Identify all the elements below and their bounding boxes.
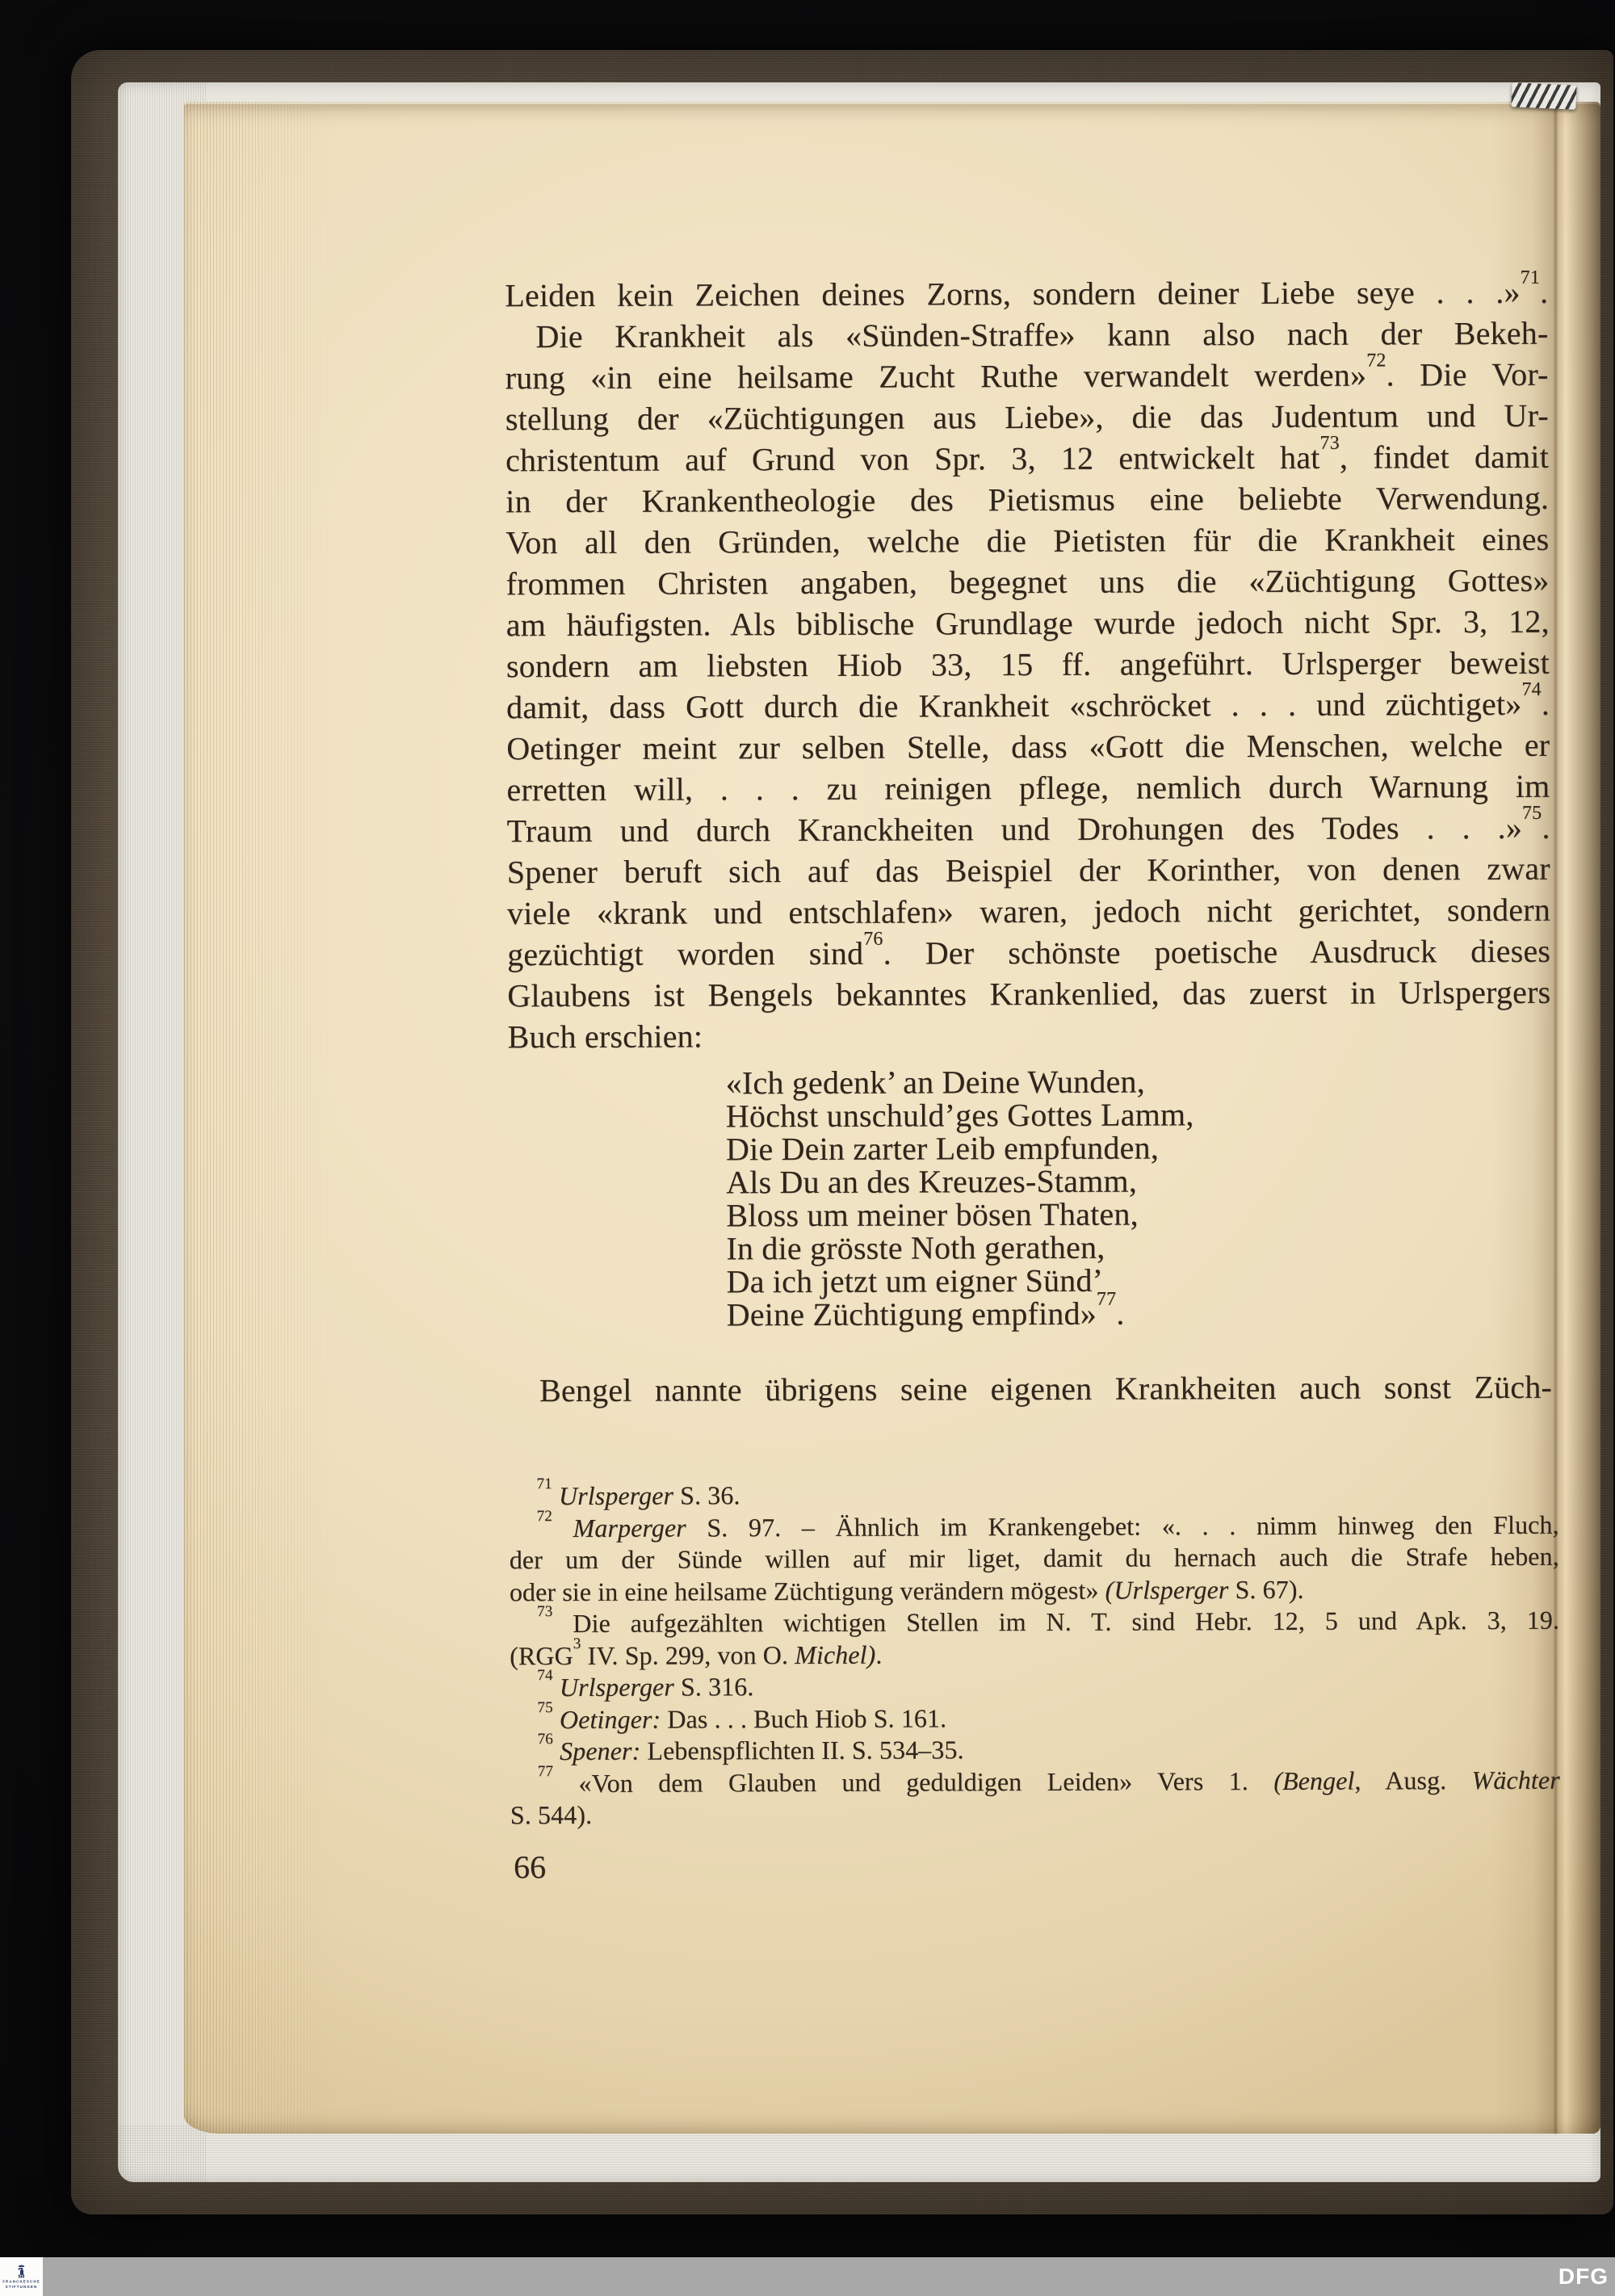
body-text-line: gezüchtigt worden sind76. Der schönste p… [507,930,1550,976]
poem-line: Die Dein zarter Leib empfunden, [726,1131,1194,1165]
body-text-line: frommen Christen angaben, begegnet uns d… [505,560,1549,605]
poem-line: Bloss um meiner bösen Thaten, [726,1197,1194,1232]
body-text-line: rung «in eine heilsame Zucht Ruthe verwa… [505,354,1549,399]
footnote-line: 73 Die aufgezählten wichtigen Stellen im… [510,1605,1559,1640]
footnote-line: (RGG3 IV. Sp. 299, von O. Michel). [510,1636,1559,1672]
footnotes: 71 Urlsperger S. 36.72 Marperger S. 97. … [509,1477,1560,1832]
body-text-line: Die Krankheit als «Sünden-Straffe» kann … [505,313,1548,358]
franckesche-stiftungen-logo-text-1: FRANCKESCHE [2,2280,40,2284]
body-text-continued: Bengel nannte übrigens seine eigenen Kra… [509,1366,1552,1412]
poem: «Ich gedenk’ an Deine Wunden,Höchst unsc… [726,1064,1195,1331]
footnote-line: 75 Oetinger: Das . . . Buch Hiob S. 161. [510,1700,1559,1736]
poem-line: In die grösste Noth gerathen, [726,1230,1194,1265]
body-text-line: Traum und durch Kranckheiten und Drohung… [507,807,1550,852]
body-text-line: erretten will, . . . zu reinigen pflege,… [506,766,1550,811]
body-text-line: Leiden kein Zeichen deines Zorns, sonder… [505,271,1548,317]
footnote-line: S. 544). [510,1796,1560,1832]
poem-line: Als Du an des Kreuzes-Stamm, [726,1164,1194,1198]
footnote-line: 72 Marperger S. 97. – Ähnlich im Kranken… [510,1509,1559,1544]
footnote-line: der um der Sünde willen auf mir liget, d… [510,1541,1559,1576]
body-text-line: Spener beruft sich auf das Beispiel der … [507,848,1550,893]
body-text-line: am häufigsten. Als biblische Grundlage w… [506,601,1550,646]
body-text-line: Buch erschien: [507,1013,1550,1058]
dfg-logo: DFG [1558,2257,1609,2296]
body-text-line: Von all den Gründen, welche die Pietiste… [505,518,1549,564]
body-text-line: viele «krank und entschlafen» waren, jed… [507,889,1550,934]
franckesche-stiftungen-logo-icon [15,2265,27,2278]
franckesche-stiftungen-logo-text-2: STIFTUNGEN [6,2285,38,2289]
body-text-line: stellung der «Züchtigungen aus Liebe», d… [505,395,1549,440]
poem-line: Deine Züchtigung empfind»77. [727,1296,1195,1331]
scan-background: Leiden kein Zeichen deines Zorns, sonder… [0,0,1615,2296]
scan-footer-bar: FRANCKESCHE STIFTUNGEN DFG [0,2257,1615,2296]
franckesche-stiftungen-logo-content: FRANCKESCHE STIFTUNGEN [0,2257,43,2296]
poem-line: «Ich gedenk’ an Deine Wunden, [726,1064,1194,1099]
footnote-line: oder sie in eine heilsame Züchtigung ver… [510,1572,1559,1608]
body-text-line: christentum auf Grund von Spr. 3, 12 ent… [505,436,1549,481]
footnote-line: 77 «Von dem Glauben und geduldigen Leide… [510,1764,1560,1799]
body-text-line: Oetinger meint zur selben Stelle, dass «… [506,724,1550,770]
body-text-line: Glaubens ist Bengels bekanntes Krankenli… [507,972,1550,1017]
body-text: Leiden kein Zeichen deines Zorns, sonder… [505,271,1550,1058]
body-text-line: Bengel nannte übrigens seine eigenen Kra… [509,1366,1552,1412]
body-text-line: in der Krankentheologie des Pietismus ei… [505,477,1549,523]
body-text-line: damit, dass Gott durch die Krankheit «sc… [506,683,1550,728]
franckesche-stiftungen-logo: FRANCKESCHE STIFTUNGEN [0,2257,43,2296]
poem-line: Da ich jetzt um eigner Sünd’ [727,1263,1195,1298]
page-number: 66 [514,1846,546,1887]
printed-text-layer: Leiden kein Zeichen deines Zorns, sonder… [0,0,1615,2296]
poem-line: Höchst unschuld’ges Gottes Lamm, [726,1098,1194,1132]
body-text-line: sondern am liebsten Hiob 33, 15 ff. ange… [506,642,1550,687]
footnote-line: 71 Urlsperger S. 36. [509,1477,1558,1513]
footnote-line: 76 Spener: Lebenspflichten II. S. 534–35… [510,1732,1560,1768]
footnote-line: 74 Urlsperger S. 316. [510,1668,1559,1704]
